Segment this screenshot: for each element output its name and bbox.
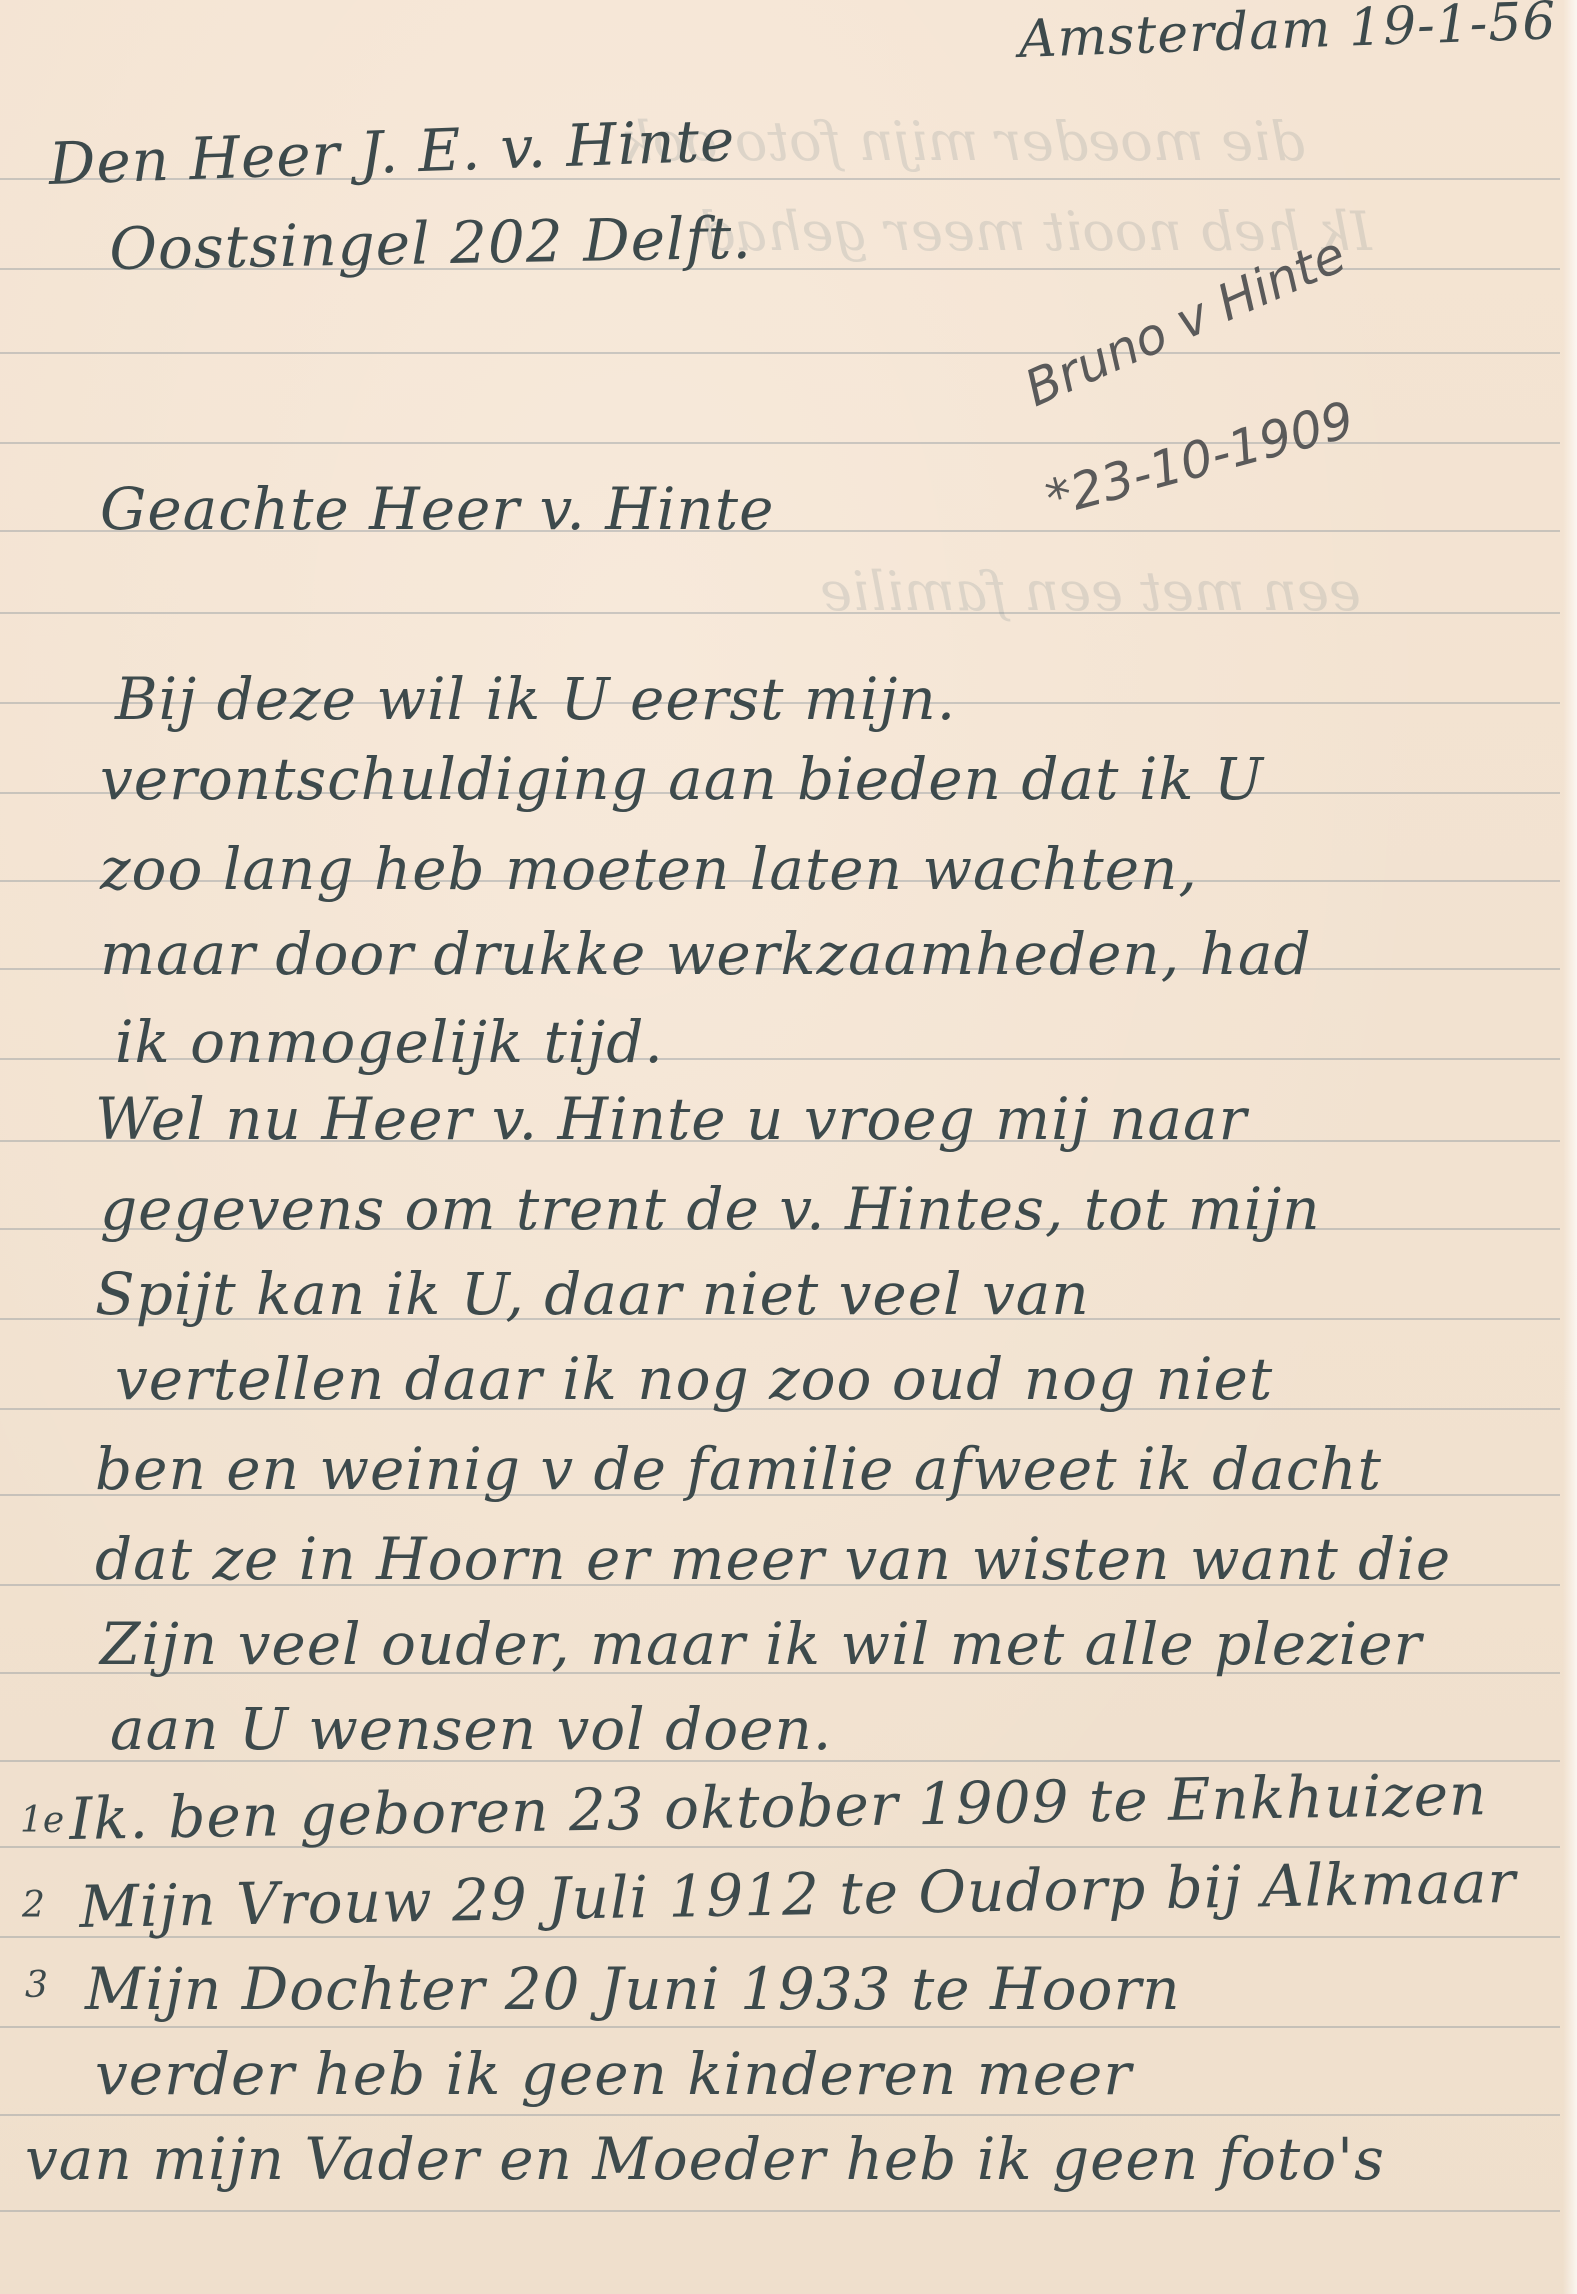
letter-page: die moeder mijn foto ook Ik heb nooit me… xyxy=(0,0,1577,2294)
body-line: Zijn veel ouder, maar ik wil met alle pl… xyxy=(100,1610,1422,1678)
body-line: verontschuldiging aan bieden dat ik U xyxy=(100,745,1264,813)
item-marker: 2 xyxy=(22,1885,45,1926)
body-line: ben en weinig v de familie afweet ik dac… xyxy=(95,1435,1382,1503)
numbered-item: Mijn Vrouw 29 Juli 1912 te Oudorp bij Al… xyxy=(79,1848,1517,1941)
body-line: Bij deze wil ik U eerst mijn. xyxy=(115,665,956,733)
salutation: Geachte Heer v. Hinte xyxy=(100,475,774,543)
recipient-address: Oostsingel 202 Delft. xyxy=(109,204,752,283)
body-line: Wel nu Heer v. Hinte u vroeg mij naar xyxy=(95,1085,1247,1153)
ruled-line xyxy=(0,2210,1560,2212)
body-line: zoo lang heb moeten laten wachten, xyxy=(100,835,1198,903)
body-line: ik onmogelijk tijd. xyxy=(115,1008,664,1076)
closing-line: van mijn Vader en Moeder heb ik geen fot… xyxy=(25,2125,1385,2193)
numbered-item: Ik. ben geboren 23 oktober 1909 te Enkhu… xyxy=(69,1760,1488,1853)
item-marker: 1e xyxy=(20,1800,64,1841)
body-line: gegevens om trent de v. Hintes, tot mijn xyxy=(100,1175,1321,1243)
numbered-item: Mijn Dochter 20 Juni 1933 te Hoorn xyxy=(85,1955,1181,2023)
pencil-annotation-birth: *23-10-1909 xyxy=(1040,390,1360,528)
place-date: Amsterdam 19-1-56 xyxy=(1018,0,1558,70)
body-line: dat ze in Hoorn er meer van wisten want … xyxy=(95,1525,1451,1593)
ruled-line xyxy=(0,2114,1560,2116)
paper-edge xyxy=(1563,0,1577,2294)
reverse-side-bleed: een met een familie xyxy=(820,560,1361,623)
body-line: maar door drukke werkzaamheden, had xyxy=(100,920,1312,988)
closing-line: verder heb ik geen kinderen meer xyxy=(95,2040,1132,2108)
recipient-name: Den Heer J. E. v. Hinte xyxy=(48,106,737,198)
ruled-line xyxy=(0,352,1560,354)
body-line: aan U wensen vol doen. xyxy=(110,1695,832,1763)
body-line: Spijt kan ik U, daar niet veel van xyxy=(95,1260,1090,1328)
item-marker: 3 xyxy=(25,1965,48,2006)
body-line: vertellen daar ik nog zoo oud nog niet xyxy=(115,1345,1273,1413)
ruled-line xyxy=(0,2026,1560,2028)
